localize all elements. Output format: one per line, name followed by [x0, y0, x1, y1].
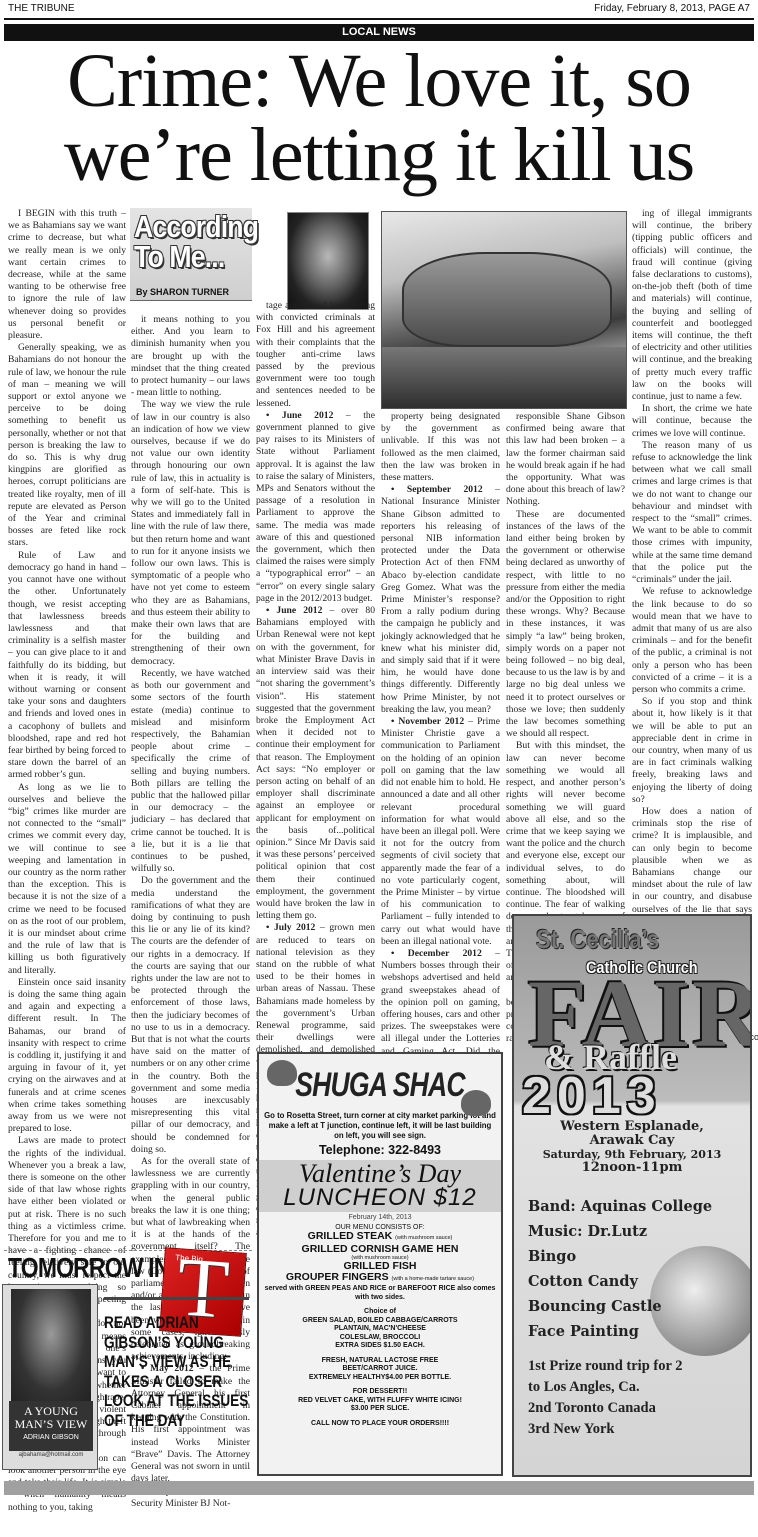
article-paragraph: ing of illegal immigrants will continue,…: [632, 208, 752, 403]
activity: Band: Aquinas College: [528, 1194, 712, 1219]
article-paragraph: We refuse to acknowledge the link becaus…: [632, 586, 752, 696]
column-title: According To Me...: [134, 212, 258, 272]
article-paragraph: I BEGIN with this truth – we as Bahamian…: [8, 208, 126, 342]
article-paragraph: • June 2012 – over 80 Bahamians employed…: [256, 605, 375, 922]
fair-raffle-ad: St. Cecilia’s FAIR Catholic Church & Raf…: [512, 914, 752, 1477]
article-paragraph: As long as we lie to ourselves and belie…: [8, 782, 126, 977]
headline-line-1: Crime: We love it, so: [0, 44, 758, 118]
promo-rule: [104, 1297, 249, 1300]
prize-line: 2nd Toronto Canada: [528, 1398, 683, 1419]
adrian-gibson-photo: [11, 1289, 91, 1401]
activity: Bingo: [528, 1244, 712, 1269]
article-paragraph: In short, the crime we hate will continu…: [632, 403, 752, 440]
young-mans-view-badge: A YOUNG MAN’S VIEW ADRIAN GIBSON ajbaham…: [2, 1284, 98, 1470]
article-paragraph: These are documented instances of the la…: [506, 509, 625, 741]
page-footer-bar: [4, 1481, 754, 1495]
ad-call-to-action: CALL NOW TO PLACE YOUR ORDERS!!!!: [259, 1420, 501, 1429]
article-paragraph: • September 2012 – National Insurance Mi…: [381, 484, 500, 716]
fair-activities: Band: Aquinas College Music: Dr.Lutz Bin…: [528, 1194, 712, 1344]
article-paragraph: Rule of Law and democracy go hand in han…: [8, 550, 126, 782]
article-paragraph: tage announced his meeting with convicte…: [256, 300, 375, 410]
promo-heading: TOMORROW IN: [8, 1252, 169, 1284]
promo-blurb: READ ADRIAN GIBSON’S YOUNG MAN’S VIEW AS…: [104, 1313, 253, 1430]
prize-line: to Los Angles, Ca.: [528, 1377, 683, 1398]
article-paragraph: Einstein once said insanity is doing the…: [8, 977, 126, 1136]
article-photo: [381, 211, 627, 409]
article-paragraph: • June 2012 – the government planned to …: [256, 410, 375, 605]
column-author: ADRIAN GIBSON: [9, 1434, 93, 1441]
fair-details: Western Esplanade, Arawak Cay Saturday, …: [514, 1120, 750, 1175]
activity: Face Painting: [528, 1319, 712, 1344]
side-option: GREEN SALAD, BOILED CABBAGE/CARROTS: [259, 1317, 501, 1326]
dateline: Friday, February 8, 2013, PAGE A7: [594, 3, 750, 14]
byline: By SHARON TURNER: [136, 287, 229, 297]
ad-event-title: Valentine’s Day: [259, 1162, 501, 1186]
column-6-body: ing of illegal immigrants will continue,…: [632, 208, 752, 989]
menu-item: GRILLED CORNISH GAME HEN: [259, 1244, 501, 1255]
photo-windshield: [402, 252, 612, 347]
prize-line: 1st Prize round trip for 2: [528, 1356, 683, 1377]
side-option: COLESLAW, BROCCOLI: [259, 1334, 501, 1343]
fair-year: 2013: [522, 1070, 662, 1122]
column-header: According To Me... By SHARON TURNER: [130, 208, 252, 301]
masthead-rule: [4, 18, 754, 20]
juice-line: EXTREMELY HEALTHY$4.00 PER BOTTLE.: [259, 1374, 501, 1383]
paper-name: THE TRIBUNE: [8, 3, 75, 14]
ad-menu-items: GRILLED STEAK (with mushroom sauce) GRIL…: [259, 1231, 501, 1285]
ad-event-price: LUNCHEON $12: [259, 1186, 501, 1210]
headline: Crime: We love it, so we’re letting it k…: [0, 44, 758, 192]
activity: Cotton Candy: [528, 1269, 712, 1294]
article-paragraph: Recently, we have watched as both our go…: [131, 668, 250, 875]
side-option: EXTRA SIDES $1.50 EACH.: [259, 1342, 501, 1351]
article-paragraph: Do the government and the media understa…: [131, 875, 250, 1156]
ad-event-band: Valentine’s Day LUNCHEON $12: [259, 1160, 501, 1212]
article-paragraph: Generally speaking, we as Bahamians do n…: [8, 342, 126, 549]
photo-hood: [382, 347, 627, 409]
side-option: PLANTAIN, MAC'N'CHEESE: [259, 1325, 501, 1334]
article-paragraph: responsible Shane Gibson confirmed being…: [506, 411, 625, 509]
shuga-shac-ad: SHUGA SHAC Go to Rosetta Street, turn co…: [257, 1052, 503, 1476]
church-name: St. Cecilia’s: [536, 924, 659, 955]
author-photo: [287, 212, 369, 310]
article-paragraph: So if you stop and think about it, how l…: [632, 696, 752, 806]
ad-directions: Go to Rosetta Street, turn corner at cit…: [259, 1111, 501, 1141]
venue-line: Arawak Cay: [514, 1134, 750, 1148]
article-paragraph: property being designated by the governm…: [381, 411, 500, 484]
column-name-band: A YOUNG MAN’S VIEW ADRIAN GIBSON: [9, 1401, 93, 1451]
author-email: ajbahama@hotmail.com: [9, 1452, 93, 1458]
article-paragraph: The way we view the rule of law in our c…: [131, 399, 250, 667]
ad-phone: Telephone: 322-8493: [259, 1143, 501, 1157]
menu-item: GROUPER FINGERS (with a home-made tartar…: [259, 1272, 501, 1285]
activity: Music: Dr.Lutz: [528, 1219, 712, 1244]
dessert-line: RED VELVET CAKE, WITH FLUFFY WHITE ICING…: [259, 1397, 501, 1406]
headline-line-2: we’re letting it kill us: [0, 118, 758, 192]
article-paragraph: it means nothing to you either. And you …: [131, 314, 250, 399]
article-paragraph: • November 2012 – Prime Minister Christi…: [381, 716, 500, 948]
column-name: A YOUNG MAN’S VIEW: [9, 1401, 93, 1431]
ad-date: February 14th, 2013: [259, 1214, 501, 1221]
dessert-line: FOR DESSERT!!: [259, 1388, 501, 1397]
church-type: Catholic Church: [586, 958, 698, 978]
venue-line: Western Esplanade,: [514, 1120, 750, 1134]
juice-line: FRESH, NATURAL LACTOSE FREE: [259, 1357, 501, 1366]
juice-line: BEET/CARROT JUICE.: [259, 1365, 501, 1374]
dessert-line: $3.00 PER SLICE.: [259, 1405, 501, 1414]
fair-time: 12noon-11pm: [514, 1161, 750, 1175]
activity: Bouncing Castle: [528, 1294, 712, 1319]
fair-prizes: 1st Prize round trip for 2 to Los Angles…: [528, 1356, 683, 1440]
article-paragraph: The reason many of us refuse to acknowle…: [632, 440, 752, 586]
ad-choice-heading: Choice of: [259, 1308, 501, 1317]
ad-logo: SHUGA SHAC: [286, 1066, 475, 1105]
prize-line: 3rd New York: [528, 1419, 683, 1440]
ad-served-with: served with GREEN PEAS AND RICE or BAREF…: [259, 1285, 501, 1302]
